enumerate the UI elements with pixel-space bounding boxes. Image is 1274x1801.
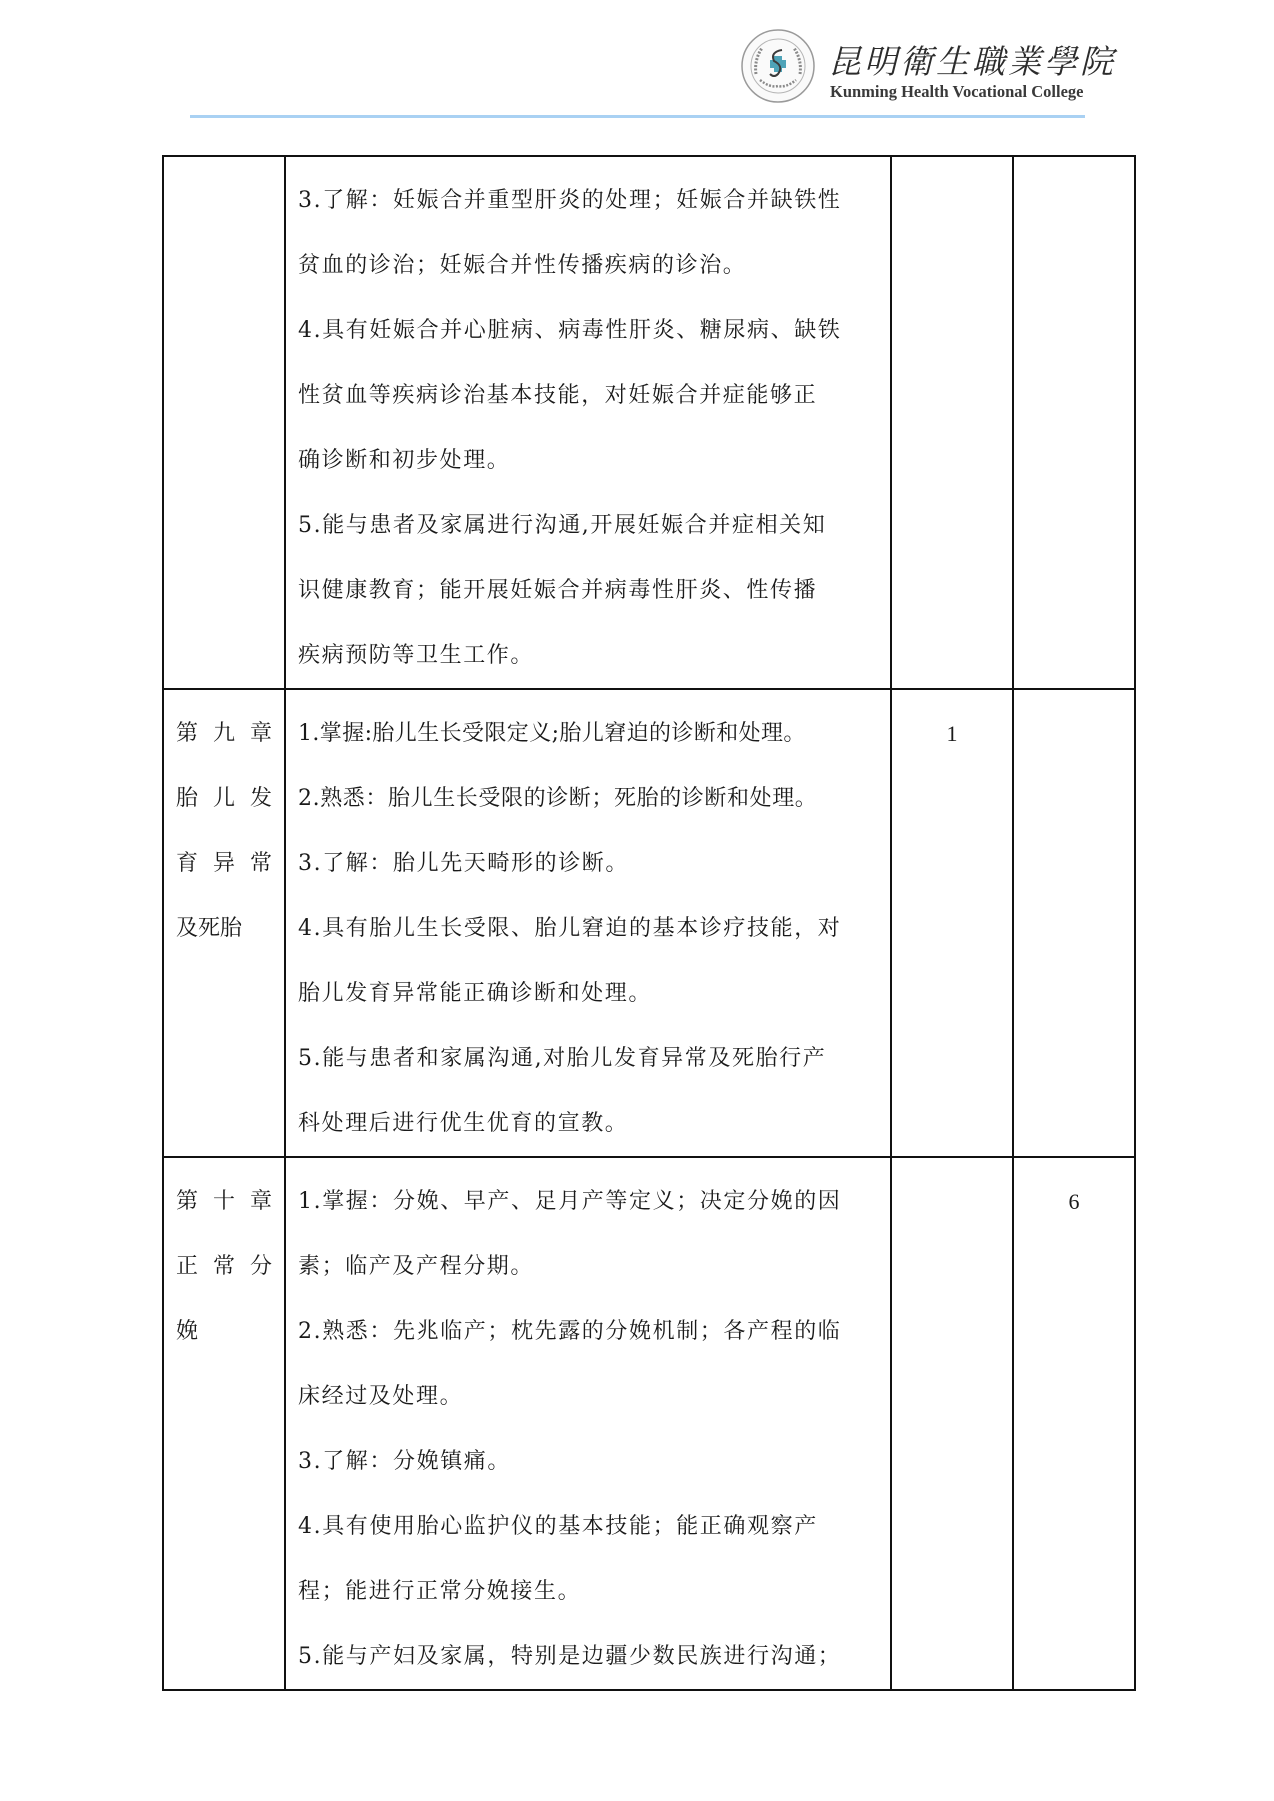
content-line: 3.了解：分娩镇痛。 bbox=[298, 1429, 878, 1494]
content-line: 程；能进行正常分娩接生。 bbox=[298, 1559, 878, 1624]
content-line: 5.能与产妇及家属，特别是边疆少数民族进行沟通； bbox=[298, 1624, 878, 1689]
content-cell: 3.了解：妊娠合并重型肝炎的处理；妊娠合并缺铁性 贫血的诊治；妊娠合并性传播疾病… bbox=[285, 156, 891, 689]
hours-cell-b bbox=[1013, 689, 1135, 1157]
table-row: 第十章 正常分 娩 1.掌握：分娩、早产、足月产等定义；决定分娩的因 素；临产及… bbox=[163, 1157, 1135, 1690]
chapter-title-line: 及死胎 bbox=[176, 896, 272, 961]
content-line: 科处理后进行优生优育的宣教。 bbox=[298, 1091, 878, 1156]
page-header: 昆明衛生職業學院 Kunming Health Vocational Colle… bbox=[0, 0, 1274, 130]
content-line: 素；临产及产程分期。 bbox=[298, 1234, 878, 1299]
content-line: 2.熟悉：胎儿生长受限的诊断；死胎的诊断和处理。 bbox=[298, 766, 878, 831]
content-line: 4.具有妊娠合并心脏病、病毒性肝炎、糖尿病、缺铁 bbox=[298, 298, 878, 363]
header-divider bbox=[190, 115, 1085, 118]
content-line: 5.能与患者及家属进行沟通,开展妊娠合并症相关知 bbox=[298, 493, 878, 558]
hours-cell-a: 1 bbox=[891, 689, 1013, 1157]
content-line: 贫血的诊治；妊娠合并性传播疾病的诊治。 bbox=[298, 233, 878, 298]
chapter-title-line: 娩 bbox=[176, 1299, 272, 1364]
content-line: 2.熟悉：先兆临产；枕先露的分娩机制；各产程的临 bbox=[298, 1299, 878, 1364]
content-line: 胎儿发育异常能正确诊断和处理。 bbox=[298, 961, 878, 1026]
content-line: 1.掌握:胎儿生长受限定义;胎儿窘迫的诊断和处理。 bbox=[298, 701, 878, 766]
hours-cell-a bbox=[891, 1157, 1013, 1690]
chapter-title-line: 正常分 bbox=[176, 1234, 272, 1299]
college-emblem-icon bbox=[740, 28, 816, 104]
college-name-english: Kunming Health Vocational College bbox=[830, 82, 1083, 102]
chapter-title-line: 胎儿发 bbox=[176, 766, 272, 831]
content-line: 疾病预防等卫生工作。 bbox=[298, 623, 878, 688]
chapter-cell bbox=[163, 156, 285, 689]
content-cell: 1.掌握:胎儿生长受限定义;胎儿窘迫的诊断和处理。 2.熟悉：胎儿生长受限的诊断… bbox=[285, 689, 891, 1157]
hours-cell-a bbox=[891, 156, 1013, 689]
content-line: 确诊断和初步处理。 bbox=[298, 428, 878, 493]
table-row: 第九章 胎儿发 育异常 及死胎 1.掌握:胎儿生长受限定义;胎儿窘迫的诊断和处理… bbox=[163, 689, 1135, 1157]
table-row: 3.了解：妊娠合并重型肝炎的处理；妊娠合并缺铁性 贫血的诊治；妊娠合并性传播疾病… bbox=[163, 156, 1135, 689]
content-line: 性贫血等疾病诊治基本技能，对妊娠合并症能够正 bbox=[298, 363, 878, 428]
content-cell: 1.掌握：分娩、早产、足月产等定义；决定分娩的因 素；临产及产程分期。 2.熟悉… bbox=[285, 1157, 891, 1690]
chapter-title-line: 第十章 bbox=[176, 1169, 272, 1234]
college-name-chinese: 昆明衛生職業學院 bbox=[828, 36, 1116, 83]
content-line: 识健康教育；能开展妊娠合并病毒性肝炎、性传播 bbox=[298, 558, 878, 623]
chapter-title-line: 第九章 bbox=[176, 701, 272, 766]
content-line: 1.掌握：分娩、早产、足月产等定义；决定分娩的因 bbox=[298, 1169, 878, 1234]
content-line: 3.了解：胎儿先天畸形的诊断。 bbox=[298, 831, 878, 896]
hours-cell-b: 6 bbox=[1013, 1157, 1135, 1690]
content-line: 5.能与患者和家属沟通,对胎儿发育异常及死胎行产 bbox=[298, 1026, 878, 1091]
content-line: 4.具有胎儿生长受限、胎儿窘迫的基本诊疗技能，对 bbox=[298, 896, 878, 961]
chapter-title-line: 育异常 bbox=[176, 831, 272, 896]
content-line: 床经过及处理。 bbox=[298, 1364, 878, 1429]
content-line: 3.了解：妊娠合并重型肝炎的处理；妊娠合并缺铁性 bbox=[298, 168, 878, 233]
content-line: 4.具有使用胎心监护仪的基本技能；能正确观察产 bbox=[298, 1494, 878, 1559]
hours-cell-b bbox=[1013, 156, 1135, 689]
syllabus-table: 3.了解：妊娠合并重型肝炎的处理；妊娠合并缺铁性 贫血的诊治；妊娠合并性传播疾病… bbox=[162, 155, 1136, 1691]
chapter-cell: 第九章 胎儿发 育异常 及死胎 bbox=[163, 689, 285, 1157]
chapter-cell: 第十章 正常分 娩 bbox=[163, 1157, 285, 1690]
